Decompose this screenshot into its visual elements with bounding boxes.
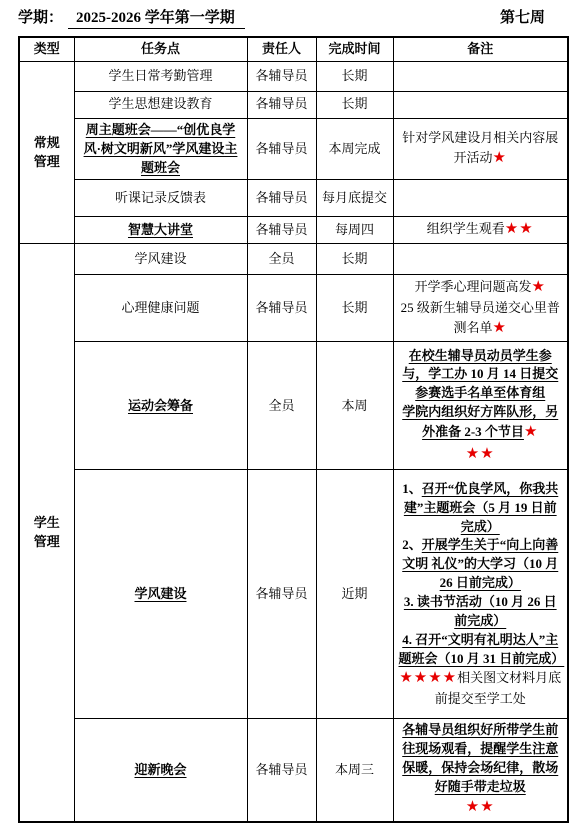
column-header-owner: 责任人 (247, 37, 316, 61)
remark-line: 学院内组织好方阵队形，另外准备 2-3 个节目★ (399, 403, 563, 444)
deadline-cell: 本周三 (316, 719, 393, 822)
column-header-task: 任务点 (74, 37, 247, 61)
semester-value: 2025-2026 学年第一学期 (68, 6, 245, 29)
remark-line: 2、开展学生关于“向上向善 文明 礼仪”的大学习（10 月 26 日前完成） (399, 536, 563, 593)
column-header-deadline: 完成时间 (316, 37, 393, 61)
table-row: 学风建设 各辅导员 近期 1、召开“优良学风，你我共建”主题班会（5 月 19 … (19, 470, 568, 719)
priority-stars: ★ (493, 150, 507, 166)
remark-text: 2、 (402, 537, 422, 552)
remark-cell: 针对学风建设月相关内容展开活动★ (393, 118, 568, 180)
table-row: 学生管理 学风建设 全员 长期 (19, 244, 568, 275)
priority-stars: ★★★★ (399, 670, 457, 686)
table-row: 听课记录反馈表 各辅导员 每月底提交 (19, 180, 568, 217)
table-row: 心理健康问题 各辅导员 长期 开学季心理问题高发★25 级新生辅导员递交心里普测… (19, 275, 568, 342)
priority-stars: ★ (532, 279, 546, 295)
priority-stars: ★★ (505, 221, 534, 237)
deadline-cell: 长期 (316, 244, 393, 275)
remark-line: 25 级新生辅导员递交心里普测名单★ (399, 299, 563, 340)
type-cell-regular-management: 常规管理 (19, 61, 74, 243)
remark-text: 25 级新生辅导员递交心里普测名单 (401, 300, 560, 335)
table-row: 智慧大讲堂 各辅导员 每周四 组织学生观看★★ (19, 217, 568, 244)
task-cell: 智慧大讲堂 (74, 217, 247, 244)
task-cell: 周主题班会——“创优良学风·树文明新风”学风建设主题班会 (74, 118, 247, 180)
owner-cell: 各辅导员 (247, 217, 316, 244)
table-row: 迎新晚会 各辅导员 本周三 各辅导员组织好所带学生前往现场观看，提醒学生注意保暖… (19, 719, 568, 822)
owner-cell: 各辅导员 (247, 61, 316, 91)
task-cell: 学风建设 (74, 244, 247, 275)
owner-cell: 全员 (247, 342, 316, 470)
remark-text: 召开“优良学风，你我共建”主题班会（5 月 19 日前完成） (404, 481, 558, 534)
remark-text: 开展学生关于“向上向善 文明 礼仪”的大学习（10 月 26 日前完成） (402, 537, 558, 590)
column-header-remark: 备注 (393, 37, 568, 61)
remark-text: 针对学风建设月相关内容展开活动 (402, 130, 558, 165)
remark-line: 组织学生观看★★ (399, 219, 563, 241)
remark-line: ★★ (399, 797, 563, 819)
table-header-row: 类型 任务点 责任人 完成时间 备注 (19, 37, 568, 61)
remark-cell (393, 180, 568, 217)
table-row: 学生思想建设教育 各辅导员 长期 (19, 91, 568, 118)
remark-text: 3. 读书节活动（10 月 26 日前完成） (404, 594, 557, 628)
task-cell: 学生日常考勤管理 (74, 61, 247, 91)
table-row: 运动会筹备 全员 本周 在校生辅导员动员学生参与，学工办 10 月 14 日提交… (19, 342, 568, 470)
task-cell: 学风建设 (74, 470, 247, 719)
type-cell-student-management: 学生管理 (19, 244, 74, 822)
remark-cell: 在校生辅导员动员学生参与，学工办 10 月 14 日提交参赛选手名单至体育组学院… (393, 342, 568, 470)
remark-cell (393, 91, 568, 118)
priority-stars: ★ (493, 320, 507, 336)
task-cell: 听课记录反馈表 (74, 180, 247, 217)
priority-stars: ★★ (466, 799, 495, 815)
remark-line: 针对学风建设月相关内容展开活动★ (399, 129, 563, 170)
task-cell: 迎新晚会 (74, 719, 247, 822)
remark-cell: 组织学生观看★★ (393, 217, 568, 244)
remark-cell (393, 244, 568, 275)
week-label: 第七周 (500, 6, 545, 27)
weekly-task-table: 类型 任务点 责任人 完成时间 备注 常规管理 学生日常考勤管理 各辅导员 长期… (18, 36, 569, 823)
document-header: 学期： 2025-2026 学年第一学期 第七周 (18, 6, 545, 29)
remark-cell (393, 61, 568, 91)
table-row: 周主题班会——“创优良学风·树文明新风”学风建设主题班会 各辅导员 本周完成 针… (19, 118, 568, 180)
remark-text: 组织学生观看 (427, 221, 505, 236)
owner-cell: 各辅导员 (247, 91, 316, 118)
owner-cell: 全员 (247, 244, 316, 275)
deadline-cell: 长期 (316, 275, 393, 342)
semester-label: 学期： (18, 6, 63, 27)
task-cell: 运动会筹备 (74, 342, 247, 470)
remark-cell: 开学季心理问题高发★25 级新生辅导员递交心里普测名单★ (393, 275, 568, 342)
task-cell: 学生思想建设教育 (74, 91, 247, 118)
deadline-cell: 长期 (316, 91, 393, 118)
remark-text: 开学季心理问题高发 (415, 279, 532, 294)
remark-text: 1、 (402, 481, 422, 496)
owner-cell: 各辅导员 (247, 275, 316, 342)
deadline-cell: 近期 (316, 470, 393, 719)
remark-line: 开学季心理问题高发★ (399, 277, 563, 299)
table-row: 常规管理 学生日常考勤管理 各辅导员 长期 (19, 61, 568, 91)
remark-text: 4. 召开“文明有礼明达人”主题班会（10 月 31 日前完成） (399, 632, 565, 666)
remark-line: 1、召开“优良学风，你我共建”主题班会（5 月 19 日前完成） (399, 480, 563, 537)
owner-cell: 各辅导员 (247, 118, 316, 180)
column-header-type: 类型 (19, 37, 74, 61)
owner-cell: 各辅导员 (247, 470, 316, 719)
deadline-cell: 每周四 (316, 217, 393, 244)
deadline-cell: 长期 (316, 61, 393, 91)
remark-line: 在校生辅导员动员学生参与，学工办 10 月 14 日提交参赛选手名单至体育组 (399, 347, 563, 404)
owner-cell: 各辅导员 (247, 180, 316, 217)
remark-cell: 各辅导员组织好所带学生前往现场观看，提醒学生注意保暖，保持会场纪律，散场好随手带… (393, 719, 568, 822)
remark-line: ★★ (399, 444, 563, 466)
priority-stars: ★★ (466, 446, 495, 462)
remark-line: 各辅导员组织好所带学生前往现场观看，提醒学生注意保暖，保持会场纪律，散场好随手带… (399, 721, 563, 796)
remark-line: 4. 召开“文明有礼明达人”主题班会（10 月 31 日前完成）★★★★相关图文… (399, 631, 563, 709)
priority-stars: ★ (524, 424, 538, 440)
remark-line: 3. 读书节活动（10 月 26 日前完成） (399, 593, 563, 631)
remark-text: 在校生辅导员动员学生参与，学工办 10 月 14 日提交参赛选手名单至体育组 (402, 348, 558, 401)
task-cell: 心理健康问题 (74, 275, 247, 342)
deadline-cell: 本周完成 (316, 118, 393, 180)
deadline-cell: 本周 (316, 342, 393, 470)
remark-text: 各辅导员组织好所带学生前往现场观看，提醒学生注意保暖，保持会场纪律，散场好随手带… (402, 722, 558, 794)
owner-cell: 各辅导员 (247, 719, 316, 822)
remark-cell: 1、召开“优良学风，你我共建”主题班会（5 月 19 日前完成）2、开展学生关于… (393, 470, 568, 719)
deadline-cell: 每月底提交 (316, 180, 393, 217)
